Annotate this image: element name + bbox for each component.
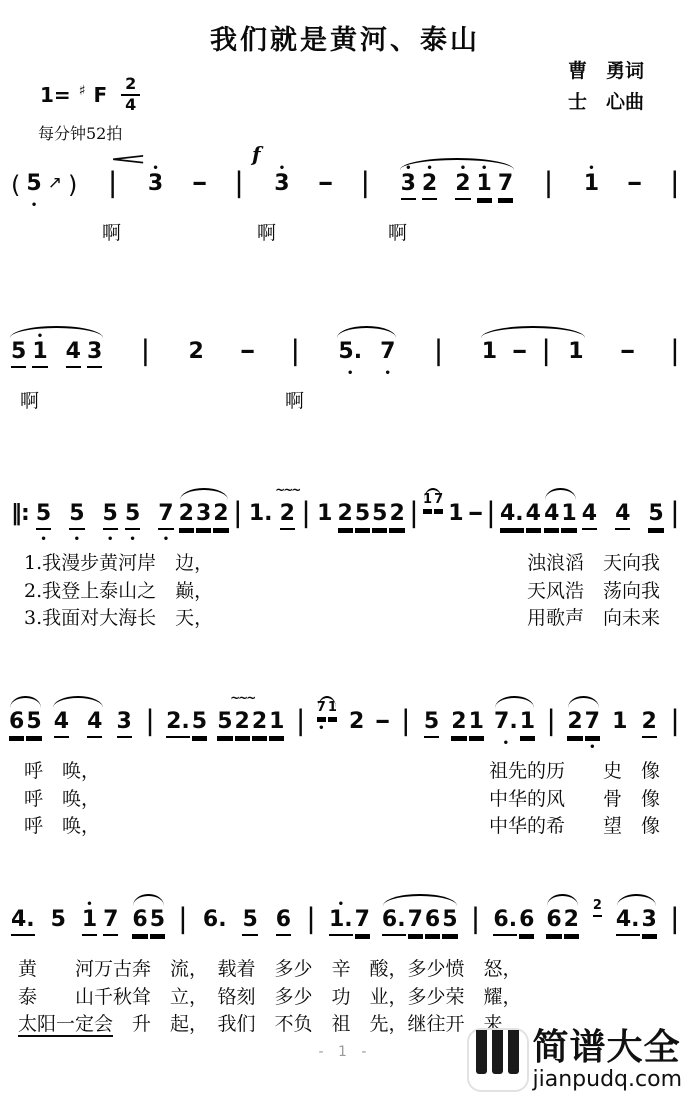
lyric-text: 啊	[257, 222, 276, 244]
note-group: -	[240, 340, 255, 364]
meter-numerator: 2	[121, 76, 140, 96]
note-1: 1	[445, 502, 466, 526]
music-system-5: 4.51•765|6.56|1.•76.765|6.66224.3|黄 河万古奔…	[0, 888, 690, 1039]
note-digit: 2	[338, 502, 353, 530]
note-group: 4.4	[499, 502, 542, 530]
note-6: 6	[545, 908, 562, 936]
note-digit: |	[361, 169, 369, 199]
note-digit: -	[467, 502, 483, 526]
note-group: -	[627, 172, 642, 196]
lyric-line: 啊啊啊	[0, 220, 690, 248]
note-digit: 6	[9, 710, 24, 738]
glissando-icon: ↗	[45, 174, 65, 193]
lyric-line: 1.我漫步黄河岸 边，浊浪滔 天向我	[0, 550, 690, 578]
lyric-text: 用歌声 向未来	[527, 605, 660, 633]
lyric-text: 3.我面对大海长 天，	[24, 605, 213, 633]
note-group: 3•	[145, 172, 166, 196]
note-digit: 1	[469, 710, 484, 738]
barline: |	[299, 502, 313, 526]
note-digit: |	[544, 169, 552, 199]
note-digit: 5	[69, 502, 84, 530]
note-group: |	[668, 908, 682, 932]
note-digit: 5	[103, 502, 118, 530]
note-1: 1	[314, 502, 335, 526]
music-system-3: ‖:5•5•5•5•7•232|1.2~~~|12552|171-|4.4414…	[0, 482, 690, 633]
note-group: 1	[445, 502, 466, 526]
note-group: 21	[450, 710, 485, 738]
note-digit: 5	[26, 172, 41, 196]
note-digit: -	[191, 172, 207, 196]
notation-row: 51•43|2-|5.•7•|1-|1-|	[0, 340, 690, 368]
note-digit: (	[11, 172, 20, 198]
note-digit: |	[471, 905, 479, 935]
lyric-text: 啊	[102, 222, 121, 244]
note-5: 5	[8, 340, 29, 368]
note-group: 3•	[271, 172, 292, 196]
barline: |	[304, 908, 318, 932]
note-group: 1	[609, 710, 630, 734]
note-5: 5	[354, 502, 371, 530]
note-5.: 5.•	[335, 340, 365, 364]
slur-group: 5.•7•	[335, 340, 398, 364]
lyric-line: 3.我面对大海长 天，用歌声 向未来	[0, 605, 690, 633]
note-digit: 6.	[203, 908, 227, 932]
dash-note: -	[375, 710, 390, 734]
note-digit: 2	[642, 710, 657, 738]
dash-note: -	[468, 502, 483, 526]
lyrics-block: 啊啊	[0, 388, 690, 416]
note-digit: |	[146, 707, 154, 737]
dash-note: -	[627, 172, 642, 196]
note-group: |	[484, 502, 498, 526]
note-5: 5	[645, 502, 666, 530]
barline: |	[541, 172, 555, 196]
note-digit: 2	[422, 172, 437, 200]
note-digit: |	[141, 337, 149, 367]
note-group: |	[143, 710, 157, 734]
dash-note: -	[318, 172, 333, 196]
octave-dot-above: •	[481, 164, 487, 174]
note-group: (5•↗)	[8, 172, 80, 198]
note-digit: 2	[455, 172, 470, 200]
note-digit: 4	[615, 502, 630, 530]
lyric-text: 呼 唤，	[24, 813, 100, 841]
octave-dot-below: •	[40, 535, 46, 545]
note-group: 2	[346, 710, 367, 734]
barline: |	[143, 710, 157, 734]
note-1: 1	[268, 710, 285, 738]
note-digit: |	[402, 707, 410, 737]
note-group: 6.	[200, 908, 230, 932]
note-digit: |	[542, 337, 550, 367]
key-letter: F	[93, 83, 107, 107]
barline: |	[668, 172, 682, 196]
music-system-2: 51•43|2-|5.•7•|1-|1-|啊啊	[0, 320, 690, 416]
note-digit: 5	[26, 710, 41, 738]
note-6: 6	[8, 710, 25, 738]
note-4: 4	[51, 710, 72, 738]
lyric-text: 太阳一定会	[18, 1013, 113, 1035]
note-group: 1.•7	[328, 908, 371, 936]
note-group: 445	[579, 502, 667, 530]
note-digit: |	[291, 337, 299, 367]
note-2: 2	[186, 340, 207, 364]
slur-group: 65	[8, 710, 43, 738]
note-group: 5	[421, 710, 442, 738]
note-1.: 1.•	[328, 908, 354, 936]
note-digit: 5.	[338, 340, 362, 364]
note-digit: |	[671, 169, 679, 199]
barline: |	[399, 710, 413, 734]
note-5: 5	[216, 710, 233, 738]
lyric-text: 呼 唤，	[24, 786, 100, 814]
note-digit: 3	[148, 172, 163, 196]
note-7: 7•	[584, 710, 601, 738]
lyric-line: 泰 山千秋耸 立， 铬刻 多少 功 业，多少荣 耀，	[0, 984, 690, 1012]
notation-row: (5•↗)|3•-|3•-|3•2•2•1•7|1•-|	[0, 172, 690, 200]
slur-group: 232	[178, 502, 230, 530]
grace-note-7: 7•	[316, 701, 327, 719]
slur-group: 51•43	[8, 340, 105, 368]
note-digit: 3	[87, 340, 102, 368]
octave-dot-above: •	[37, 332, 43, 342]
barline: |	[407, 502, 421, 526]
note-1: 1	[479, 340, 500, 364]
note-group: |	[541, 172, 555, 196]
barline: |	[294, 710, 308, 734]
dash-note: -	[620, 340, 635, 364]
note-digit: 2	[179, 502, 194, 530]
note-group: |	[138, 340, 152, 364]
note-digit: -	[375, 710, 391, 734]
note-digit: 1	[568, 340, 583, 364]
note-digit: 1	[520, 710, 535, 738]
note-digit: 5	[442, 908, 457, 936]
note-group: 6.6	[492, 908, 535, 936]
note-digit: 5	[355, 502, 370, 530]
note-5: 5•	[100, 502, 121, 530]
barline: |	[138, 340, 152, 364]
note-digit: 4	[54, 710, 69, 738]
dash-note: -	[192, 172, 207, 196]
note-group: 52~~~21	[216, 710, 285, 738]
note-group: |	[544, 710, 558, 734]
key-signature: 1=♯F 2 4	[40, 76, 140, 114]
key-prefix: 1=	[40, 83, 71, 107]
note-digit: 1.	[329, 908, 353, 936]
note-5: 5	[48, 908, 69, 932]
sharp-icon: ♯	[79, 83, 86, 99]
note-digit: |	[671, 499, 679, 529]
note-digit: 1.	[249, 502, 273, 526]
note-group: 2552	[337, 502, 406, 530]
octave-dot-above: •	[460, 164, 466, 174]
lyric-text: 黄 河万古奔 流， 载着 多少 辛 酸，多少愤 怒，	[18, 958, 522, 980]
lyric-line: 2.我登上泰山之 巅，天风浩 荡向我	[0, 578, 690, 606]
note-4: 4	[612, 502, 633, 530]
note-1: 1•	[79, 908, 100, 936]
note-group: 1.	[246, 502, 276, 526]
slur-group: 7•1	[316, 710, 338, 728]
note-5: 5•	[33, 502, 54, 530]
note-digit: 1	[82, 908, 97, 936]
grace-note-7: 7	[433, 493, 444, 511]
note-digit: 7	[158, 502, 173, 530]
note-digit: |	[109, 169, 117, 199]
note-5: 5	[149, 908, 166, 936]
slur-group: 3•2•2•1•7	[398, 172, 517, 200]
octave-dot-above: •	[588, 164, 594, 174]
note-digit: |	[235, 169, 243, 199]
note-1.: 1.	[246, 502, 276, 526]
note-5: 5•	[23, 172, 44, 196]
note-6: 6	[518, 908, 535, 936]
notation-row: ‖:5•5•5•5•7•232|1.2~~~|12552|171-|4.4414…	[0, 502, 690, 530]
note-1: 1	[468, 710, 485, 738]
barline: |	[231, 502, 245, 526]
note-digit: 7	[317, 701, 326, 719]
note-group: -	[318, 172, 333, 196]
lyric-line: 黄 河万古奔 流， 载着 多少 辛 酸，多少愤 怒，	[0, 956, 690, 984]
note-digit: ↗	[48, 174, 62, 193]
notation-row: 65443|2.552~~~21|7•12-|5217.•1|27•12|	[0, 710, 690, 738]
grace-note-1: 1	[422, 493, 433, 511]
note-7: 7	[407, 908, 424, 936]
crescendo-mark: <	[108, 150, 148, 168]
lyricist-credit: 曹 勇词	[568, 56, 644, 87]
note-2: 2	[388, 502, 405, 530]
note-group: |	[106, 172, 120, 196]
note-digit: 3	[642, 908, 657, 936]
barline: |	[106, 172, 120, 196]
slur-group: 27•	[566, 710, 601, 738]
note-digit: |	[671, 707, 679, 737]
note-group: 4.	[8, 908, 38, 936]
octave-dot-above: •	[279, 164, 285, 174]
note-6: 6	[131, 908, 148, 936]
lyric-line: 呼 唤，祖先的历 史 像	[0, 758, 690, 786]
note-3: 3	[641, 908, 658, 936]
note-digit: 6.	[382, 908, 406, 936]
repeat-sign: ‖:	[8, 502, 32, 526]
octave-dot-below: •	[318, 724, 324, 734]
note-digit: 2	[189, 340, 204, 364]
grace-note-2: 2	[590, 899, 605, 917]
note-group: |	[358, 172, 372, 196]
barline: |	[668, 340, 682, 364]
note-digit: |	[307, 905, 315, 935]
lyric-text: 中华的希 望 像	[489, 813, 660, 841]
note-6: 6	[424, 908, 441, 936]
credits: 曹 勇词 士 心曲	[568, 56, 644, 119]
note-digit: -	[627, 172, 643, 196]
note-group: -	[375, 710, 390, 734]
note-digit: -	[317, 172, 333, 196]
note-2.: 2.	[165, 710, 191, 738]
note-digit: 4.	[11, 908, 35, 936]
note-group: 1	[314, 502, 335, 526]
note-group: 56	[239, 908, 294, 936]
slur-group: 17	[422, 502, 444, 520]
note-1: 1	[560, 502, 577, 530]
lyric-text: 呼 唤，	[24, 758, 100, 786]
note-group: -	[468, 502, 483, 526]
lyric-text: 升 起， 我们 不负 祖 先，继往开 来，	[113, 1013, 522, 1035]
note-digit: 6	[546, 908, 561, 936]
note-digit: 7	[355, 908, 370, 936]
note-digit: 1	[561, 502, 576, 530]
note-group: |	[304, 908, 318, 932]
note-group: 1•	[581, 172, 602, 196]
note-digit: 7	[434, 493, 443, 511]
barline: |	[668, 502, 682, 526]
note-group: 2~~~	[277, 502, 298, 530]
note-digit: 5	[648, 502, 663, 530]
note-7: 7	[100, 908, 121, 936]
barline: |	[539, 340, 553, 364]
note-digit: 1	[612, 710, 627, 734]
note-digit: 2	[235, 710, 250, 738]
octave-dot-below: •	[107, 535, 113, 545]
note-digit: 2	[349, 710, 364, 734]
note-1: 1	[565, 340, 586, 364]
barline: |	[176, 908, 190, 932]
note-3: 3•	[398, 172, 419, 200]
note-5: 5	[371, 502, 388, 530]
note-digit: )	[68, 172, 77, 198]
note-digit: 4	[66, 340, 81, 368]
grace-note-1: 1	[327, 701, 338, 719]
note-1: 1•	[29, 340, 50, 368]
note-digit: 4.	[500, 502, 524, 530]
notation-row: 4.51•765|6.56|1.•76.765|6.66224.3|	[0, 908, 690, 936]
lyric-line: 啊啊	[0, 388, 690, 416]
lyric-text: 天风浩 荡向我	[527, 578, 660, 606]
note-digit: 5	[36, 502, 51, 530]
sheet-page: { "header": { "title": "我们就是黄河、泰山", "key…	[0, 0, 690, 1096]
note-group: |	[299, 502, 313, 526]
note-digit: 1	[482, 340, 497, 364]
slur-group: 41	[543, 502, 578, 530]
note-digit: 3	[274, 172, 289, 196]
octave-dot-above: •	[86, 900, 92, 910]
lyric-text: 啊	[285, 390, 304, 412]
piano-logo-icon	[467, 1028, 529, 1092]
note-2: 2•	[419, 172, 440, 200]
meter-denominator: 4	[125, 96, 136, 114]
note-digit: 1	[448, 502, 463, 526]
note-digit: 1	[269, 710, 284, 738]
note-4.: 4.	[499, 502, 525, 530]
slur-group: 62	[545, 908, 580, 936]
note-digit: |	[302, 499, 310, 529]
note-7.: 7.•	[493, 710, 519, 734]
note-5: 5	[191, 710, 208, 738]
note-digit: |	[547, 707, 555, 737]
note-group: |	[399, 710, 413, 734]
note-digit: 6.	[493, 908, 517, 936]
piano-key	[508, 1030, 519, 1074]
note-digit: |	[234, 499, 242, 529]
note-digit: 1	[32, 340, 47, 368]
lyric-text: 1.我漫步黄河岸 边，	[24, 550, 213, 578]
watermark-text: 简谱大全 jianpudq.com	[533, 1030, 682, 1091]
lyric-text: 中华的风 骨 像	[489, 786, 660, 814]
mordent-icon: ~~~	[275, 484, 299, 497]
piano-key	[476, 1030, 487, 1074]
note-digit: 5	[424, 710, 439, 738]
note-digit: 6	[519, 908, 534, 936]
note-group: 5	[48, 908, 69, 932]
note-4: 4	[543, 502, 560, 530]
note-digit: 6	[132, 908, 147, 936]
octave-dot-below: •	[347, 369, 353, 379]
note-2: 2	[566, 710, 583, 738]
note-group: 3	[114, 710, 135, 738]
barline: |	[484, 502, 498, 526]
barline: |	[544, 710, 558, 734]
watermark: 简谱大全 jianpudq.com	[467, 1028, 682, 1092]
note-digit: 6	[276, 908, 291, 936]
slur-group: 65	[131, 908, 166, 936]
barline: |	[468, 908, 482, 932]
note-1: 1	[609, 710, 630, 734]
note-group: |	[176, 908, 190, 932]
note-5: 5•	[66, 502, 87, 530]
note-6.: 6.	[492, 908, 518, 936]
forte-mark: f	[252, 142, 261, 166]
note-digit: 2	[593, 899, 602, 917]
note-digit: -	[511, 340, 527, 364]
note-group: 2.5	[165, 710, 208, 738]
note-digit: 1	[328, 701, 337, 719]
lyric-text: 2.我登上泰山之 巅，	[24, 578, 213, 606]
octave-dot-above: •	[405, 164, 411, 174]
note-group: 2	[639, 710, 660, 738]
note-group: 5•5•5•	[33, 502, 121, 530]
octave-dot-above: •	[426, 164, 432, 174]
note-digit: 2	[252, 710, 267, 738]
note-digit: 7	[103, 908, 118, 936]
note-2: 2	[178, 502, 195, 530]
lyrics-block: 1.我漫步黄河岸 边，浊浪滔 天向我2.我登上泰山之 巅，天风浩 荡向我3.我面…	[0, 550, 690, 633]
note-digit: 5	[242, 908, 257, 936]
note-group: |	[288, 340, 302, 364]
note-5: 5	[25, 710, 42, 738]
note-2: 2•	[452, 172, 473, 200]
note-group: 2	[590, 908, 605, 926]
lyrics-block: 呼 唤，祖先的历 史 像呼 唤，中华的风 骨 像呼 唤，中华的希 望 像	[0, 758, 690, 841]
lyrics-block: 啊啊啊	[0, 220, 690, 248]
note-4: 4	[525, 502, 542, 530]
note-2: 2~~~	[277, 502, 298, 530]
note-digit: |	[297, 707, 305, 737]
note-digit: 7	[380, 340, 395, 364]
note-4: 4	[579, 502, 600, 530]
note-group: |	[407, 502, 421, 526]
note-3: 3	[114, 710, 135, 738]
barline: |	[232, 172, 246, 196]
note-group: |	[468, 908, 482, 932]
note-6.: 6.	[200, 908, 230, 932]
time-signature: 2 4	[121, 76, 140, 114]
note-group: |	[232, 172, 246, 196]
octave-dot-below: •	[589, 743, 595, 753]
lyric-text: 啊	[20, 390, 39, 412]
note-7: 7	[354, 908, 371, 936]
note-digit: 7	[408, 908, 423, 936]
slur-group: 4.3	[615, 908, 658, 936]
